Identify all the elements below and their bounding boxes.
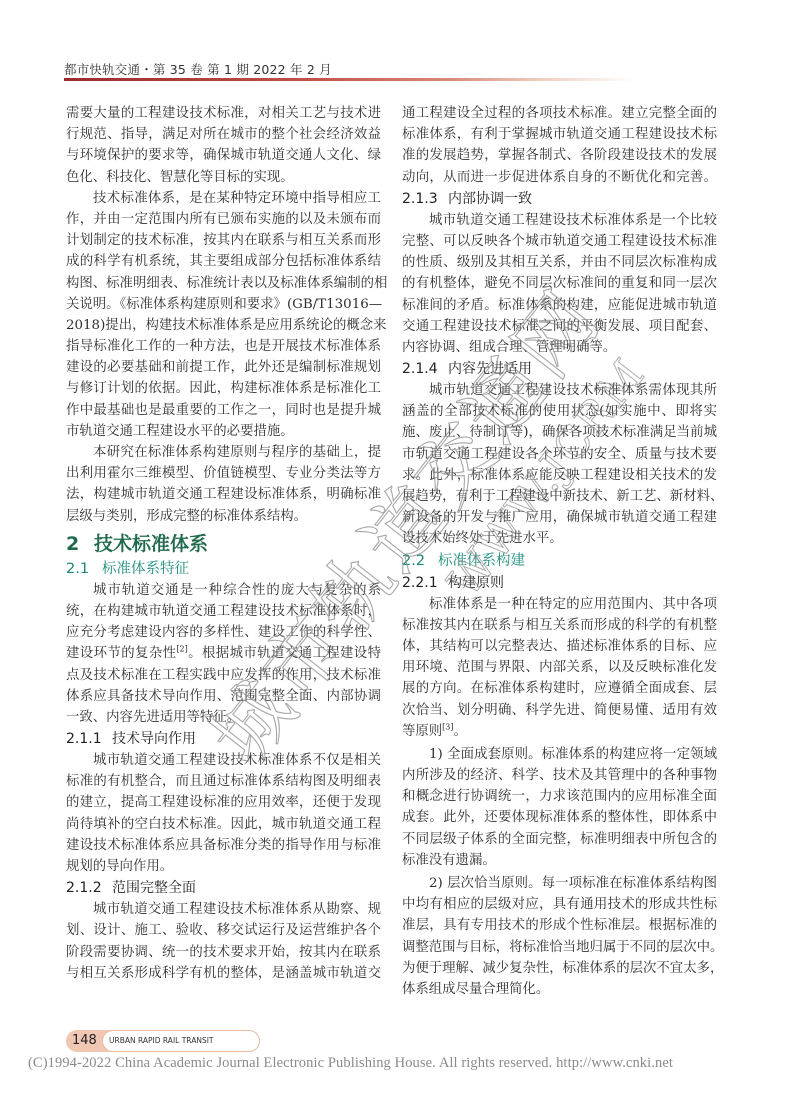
text-line: 城市轨道交通工程建设技术标准体系不仅是相关 <box>66 750 381 771</box>
text-line: 建设技术标准体系应具备标准分类的指导作用与标准 <box>66 835 381 856</box>
section-number: 2.1.2 <box>66 877 112 899</box>
text-line: 需要大量的工程建设技术标准，对相关工艺与技术进 <box>66 103 381 124</box>
text-line: 统，在构建城市轨道交通工程建设技术标准体系时， <box>66 601 381 622</box>
text-line: 尚待填补的空白技术标准。因此，城市轨道交通工程 <box>66 814 381 835</box>
text-line: 城市轨道交通工程建设技术标准体系从勘察、规 <box>66 899 381 920</box>
paragraph: 城市轨道交通工程建设技术标准体系需体现其所 涵盖的全部技术标准的使用状态(如实施… <box>402 380 717 550</box>
paragraph: 本研究在标准体系构建原则与程序的基础上，提 出利用霍尔三维模型、价值链模型、专业… <box>66 442 381 527</box>
section-number: 2.1.1 <box>66 728 112 750</box>
text-line: 城市轨道交通工程建设技术标准体系需体现其所 <box>402 380 717 401</box>
text-run: 等原则 <box>402 724 442 739</box>
text-line: 施、废止、待制订等)，确保各项技术标准满足当前城 <box>402 422 717 443</box>
text-line: 2) 层次恰当原则。每一项标准在标准体系结构图 <box>402 873 717 894</box>
section-number: 2.1.3 <box>402 188 448 210</box>
text-line: 为便于理解、减少复杂性，标准体系的层次不宜太多， <box>402 958 717 979</box>
text-line: 市轨道交通工程建设水平的必要措施。 <box>66 421 381 442</box>
text-line: 1) 全面成套原则。标准体系的构建应将一定领域 <box>402 744 717 765</box>
text-line: 出利用霍尔三维模型、价值链模型、专业分类法等方 <box>66 463 381 484</box>
text-line-with-citation: 建设环节的复杂性[2]。根据城市轨道交通工程建设特 <box>66 643 381 664</box>
section-heading-2-1-4: 2.1.4内容先进适用 <box>402 358 717 380</box>
text-line: 标准没有遗漏。 <box>402 850 717 871</box>
text-line: 一致、内容先进适用等特征。 <box>66 707 381 728</box>
paragraph: 通工程建设全过程的各项技术标准。建立完整全面的 标准体系，有利于掌握城市轨道交通… <box>402 103 717 188</box>
text-line: 的性质、级别及其相互关系，并由不同层次标准构成 <box>402 252 717 273</box>
section-heading-2-1-2: 2.1.2范围完整全面 <box>66 877 381 899</box>
text-line: 展趋势，有利于工程建设中新技术、新工艺、新材料、 <box>402 486 717 507</box>
section-heading-2-2: 2.2标准体系构建 <box>402 550 717 572</box>
text-run: 。 <box>454 724 467 739</box>
text-line: 行规范、指导，满足对所在城市的整个社会经济效益 <box>66 124 381 145</box>
text-line: 建设的必要基础和前提工作，此外还是编制标准规划 <box>66 357 381 378</box>
paragraph: 城市轨道交通工程建设技术标准体系是一个比较 完整、可以反映各个城市轨道交通工程建… <box>402 210 717 358</box>
paragraph: 2) 层次恰当原则。每一项标准在标准体系结构图 中均有相应的层级对应，具有通用技… <box>402 873 717 1000</box>
text-line: 准层，具有专用技术的形成个性标准层。根据标准的 <box>402 915 717 936</box>
section-heading-2-1-3: 2.1.3内部协调一致 <box>402 188 717 210</box>
section-title: 标准体系构建 <box>438 553 525 569</box>
text-line: 准的发展趋势，掌握各制式、各阶段建设技术的发展 <box>402 145 717 166</box>
text-run: 。根据城市轨道交通工程建设特 <box>188 646 381 661</box>
text-line: 动向，从而进一步促进体系自身的不断优化和完善。 <box>402 167 717 188</box>
text-line: 的建立，提高工程建设标准的应用效率，还便于发现 <box>66 792 381 813</box>
section-title: 内部协调一致 <box>448 191 532 207</box>
text-line: 与环境保护的要求等，确保城市轨道交通人文化、绿 <box>66 145 381 166</box>
text-line: 标准的有机整合，而且通过标准体系结构图及明细表 <box>66 771 381 792</box>
section-number: 2.1 <box>66 558 102 580</box>
text-line: 调整范围与目标，将标准恰当地归属于不同的层次中。 <box>402 937 717 958</box>
text-line: 技术标准体系，是在某种特定环境中指导相应工 <box>66 188 381 209</box>
text-line: 划、设计、施工、验收、移交试运行及运营维护各个 <box>66 920 381 941</box>
text-line: 计划制定的技术标准，按其内在联系与相互关系而形 <box>66 230 381 251</box>
left-column: 需要大量的工程建设技术标准，对相关工艺与技术进 行规范、指导，满足对所在城市的整… <box>66 103 381 984</box>
section-title: 范围完整全面 <box>112 880 196 896</box>
citation-ref[interactable]: [3] <box>442 722 453 731</box>
text-line: 阶段需要协调、统一的技术要求开始，按其内在联系 <box>66 942 381 963</box>
text-line: 2018)提出，构建技术标准体系是应用系统论的概念来 <box>66 315 381 336</box>
text-line: 标准间的矛盾。标准体系的构建，应能促进城市轨道 <box>402 295 717 316</box>
text-line: 用环境、范围与界限、内部关系，以及反映标准化发 <box>402 657 717 678</box>
right-column: 通工程建设全过程的各项技术标准。建立完整全面的 标准体系，有利于掌握城市轨道交通… <box>402 103 717 1000</box>
text-line: 求。此外，标准体系应能反映工程建设相关技术的发 <box>402 465 717 486</box>
text-line: 的有机整体，避免不同层次标准间的重复和同一层次 <box>402 273 717 294</box>
text-line: 关说明。《标准体系构建原则和要求》(GB/T13016— <box>66 294 381 315</box>
text-line: 构图、标准明细表、标准统计表以及标准体系编制的相 <box>66 273 381 294</box>
text-line-with-citation: 等原则[3]。 <box>402 721 717 742</box>
text-line: 与相互关系形成科学有机的整体，是涵盖城市轨道交 <box>66 963 381 984</box>
citation-ref[interactable]: [2] <box>176 645 187 654</box>
section-title: 内容先进适用 <box>448 361 532 377</box>
section-number: 2.2.1 <box>402 572 448 594</box>
text-line: 成的科学有机系统，其主要组成部分包括标准体系结 <box>66 251 381 272</box>
paragraph: 标准体系是一种在特定的应用范围内、其中各项 标准按其内在联系与相互关系而形成的科… <box>402 594 717 742</box>
text-line: 和概念进行协调统一，力求该范围内的应用标准全面 <box>402 786 717 807</box>
text-line: 规划的导向作用。 <box>66 856 381 877</box>
text-line: 城市轨道交通是一种综合性的庞大与复杂的系 <box>66 580 381 601</box>
text-line: 体系组成尽量合理简化。 <box>402 979 717 1000</box>
text-line: 与修订计划的依据。因此，构建标准体系是标准化工 <box>66 378 381 399</box>
text-line: 本研究在标准体系构建原则与程序的基础上，提 <box>66 442 381 463</box>
section-title: 标准体系特征 <box>102 561 189 577</box>
text-line: 指导标准化工作的一种方法，也是开展技术标准体系 <box>66 336 381 357</box>
text-line: 作，并由一定范围内所有已颁布实施的以及未颁布而 <box>66 209 381 230</box>
text-line: 作中最基础也是最重要的工作之一，同时也是提升城 <box>66 400 381 421</box>
paragraph: 城市轨道交通工程建设技术标准体系不仅是相关 标准的有机整合，而且通过标准体系结构… <box>66 750 381 877</box>
section-number: 2.2 <box>402 550 438 572</box>
paragraph: 城市轨道交通工程建设技术标准体系从勘察、规 划、设计、施工、验收、移交试运行及运… <box>66 899 381 984</box>
text-line: 标准体系，有利于掌握城市轨道交通工程建设技术标 <box>402 124 717 145</box>
text-line: 点及技术标准在工程实践中应发挥的作用，技术标准 <box>66 665 381 686</box>
header-rule <box>64 78 684 81</box>
text-line: 交通工程建设技术标准之间的平衡发展、项目配套、 <box>402 316 717 337</box>
paragraph: 1) 全面成套原则。标准体系的构建应将一定领域 内所涉及的经济、科学、技术及其管… <box>402 744 717 871</box>
journal-name-en: URBAN RAPID RAIL TRANSIT <box>102 1030 260 1052</box>
page-badge: 148 URBAN RAPID RAIL TRANSIT <box>66 1030 314 1052</box>
text-line: 应充分考虑建设内容的多样性、建设工作的科学性、 <box>66 622 381 643</box>
text-run: 建设环节的复杂性 <box>66 646 176 661</box>
text-line: 层级与类别，形成完整的标准体系结构。 <box>66 506 381 527</box>
text-line: 体系应具备技术导向作用、范围完整全面、内部协调 <box>66 686 381 707</box>
text-line: 次恰当、划分明确、科学先进、简便易懂、适用有效 <box>402 700 717 721</box>
text-line: 内所涉及的经济、科学、技术及其管理中的各种事物 <box>402 765 717 786</box>
text-line: 涵盖的全部技术标准的使用状态(如实施中、即将实 <box>402 401 717 422</box>
text-line: 色化、科技化、智慧化等目标的实现。 <box>66 167 381 188</box>
paragraph: 技术标准体系，是在某种特定环境中指导相应工 作，并由一定范围内所有已颁布实施的以… <box>66 188 381 442</box>
section-title: 技术标准体系 <box>94 533 208 555</box>
running-head: 都市快轨交通・第 35 卷 第 1 期 2022 年 2 月 <box>64 60 332 78</box>
text-line: 内容协调、组成合理、管理明确等。 <box>402 337 717 358</box>
text-line: 体，其结构可以完整表达、描述标准体系的目标、应 <box>402 636 717 657</box>
text-line: 标准体系是一种在特定的应用范围内、其中各项 <box>402 594 717 615</box>
section-heading-2-2-1: 2.2.1构建原则 <box>402 572 717 594</box>
text-line: 展的方向。在标准体系构建时，应遵循全面成套、层 <box>402 678 717 699</box>
paragraph: 需要大量的工程建设技术标准，对相关工艺与技术进 行规范、指导，满足对所在城市的整… <box>66 103 381 188</box>
text-line: 城市轨道交通工程建设技术标准体系是一个比较 <box>402 210 717 231</box>
section-heading-2-1-1: 2.1.1技术导向作用 <box>66 728 381 750</box>
text-line: 新设备的开发与推广应用，确保城市轨道交通工程建 <box>402 507 717 528</box>
text-line: 完整、可以反映各个城市轨道交通工程建设技术标准 <box>402 231 717 252</box>
text-line: 不同层级子体系的全面完整，标准明细表中所包含的 <box>402 829 717 850</box>
section-number: 2.1.4 <box>402 358 448 380</box>
section-title: 构建原则 <box>448 575 504 591</box>
text-line: 设技术始终处于先进水平。 <box>402 528 717 549</box>
section-title: 技术导向作用 <box>112 731 196 747</box>
section-number: 2 <box>66 530 94 558</box>
text-line: 通工程建设全过程的各项技术标准。建立完整全面的 <box>402 103 717 124</box>
paragraph: 城市轨道交通是一种综合性的庞大与复杂的系 统，在构建城市轨道交通工程建设技术标准… <box>66 580 381 728</box>
text-line: 中均有相应的层级对应，具有通用技术的形成共性标 <box>402 894 717 915</box>
section-heading-2: 2技术标准体系 <box>66 530 381 558</box>
section-heading-2-1: 2.1标准体系特征 <box>66 558 381 580</box>
text-line: 法，构建城市轨道交通工程建设标准体系，明确标准 <box>66 484 381 505</box>
text-line: 成套。此外，还要体现标准体系的整体性，即体系中 <box>402 807 717 828</box>
text-line: 标准按其内在联系与相互关系而形成的科学的有机整 <box>402 615 717 636</box>
copyright-notice: (C)1994-2022 China Academic Journal Elec… <box>28 1055 673 1072</box>
text-line: 市轨道交通工程建设各个环节的安全、质量与技术要 <box>402 444 717 465</box>
